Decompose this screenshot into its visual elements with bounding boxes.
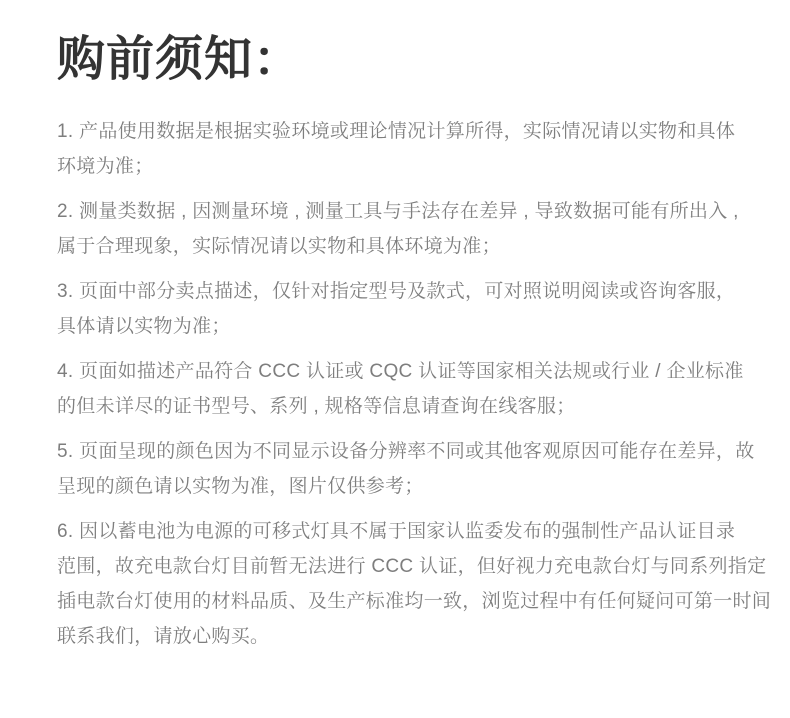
notice-paragraph-1: 1. 产品使用数据是根据实验环境或理论情况计算所得，实际情况请以实物和具体环境为… [57,114,750,184]
text-line: 联系我们，请放心购买。 [57,626,269,647]
notice-paragraph-6: 6. 因以蓄电池为电源的可移式灯具不属于国家认监委发布的强制性产品认证目录范围，… [57,514,750,654]
text-line: 2. 测量类数据 , 因测量环境 , 测量工具与手法存在差异 , 导致数据可能有… [57,201,739,222]
text-line: 的但未详尽的证书型号、系列 , 规格等信息请查询在线客服； [57,396,576,417]
text-line: 呈现的颜色请以实物为准，图片仅供参考； [57,476,424,497]
text-line: 3. 页面中部分卖点描述，仅针对指定型号及款式，可对照说明阅读或咨询客服， [57,281,735,302]
text-line: 范围，故充电款台灯目前暂无法进行 CCC 认证，但好视力充电款台灯与同系列指定 [57,556,766,577]
text-line: 属于合理现象，实际情况请以实物和具体环境为准； [57,236,501,257]
pre-purchase-notice-page: 购前须知： 1. 产品使用数据是根据实验环境或理论情况计算所得，实际情况请以实物… [0,0,790,718]
notice-paragraph-3: 3. 页面中部分卖点描述，仅针对指定型号及款式，可对照说明阅读或咨询客服，具体请… [57,274,750,344]
text-line: 6. 因以蓄电池为电源的可移式灯具不属于国家认监委发布的强制性产品认证目录 [57,521,735,542]
page-title: 购前须知： [57,30,750,90]
text-line: 环境为准； [57,156,154,177]
text-line: 1. 产品使用数据是根据实验环境或理论情况计算所得，实际情况请以实物和具体 [57,121,735,142]
text-line: 具体请以实物为准； [57,316,231,337]
text-line: 5. 页面呈现的颜色因为不同显示设备分辨率不同或其他客观原因可能存在差异，故 [57,441,755,462]
text-line: 4. 页面如描述产品符合 CCC 认证或 CQC 认证等国家相关法规或行业 / … [57,361,744,382]
text-line: 插电款台灯使用的材料品质、及生产标准均一致，浏览过程中有任何疑问可第一时间 [57,591,771,612]
notice-paragraph-list: 1. 产品使用数据是根据实验环境或理论情况计算所得，实际情况请以实物和具体环境为… [57,114,750,654]
notice-paragraph-5: 5. 页面呈现的颜色因为不同显示设备分辨率不同或其他客观原因可能存在差异，故呈现… [57,434,750,504]
notice-paragraph-4: 4. 页面如描述产品符合 CCC 认证或 CQC 认证等国家相关法规或行业 / … [57,354,750,424]
notice-paragraph-2: 2. 测量类数据 , 因测量环境 , 测量工具与手法存在差异 , 导致数据可能有… [57,194,750,264]
